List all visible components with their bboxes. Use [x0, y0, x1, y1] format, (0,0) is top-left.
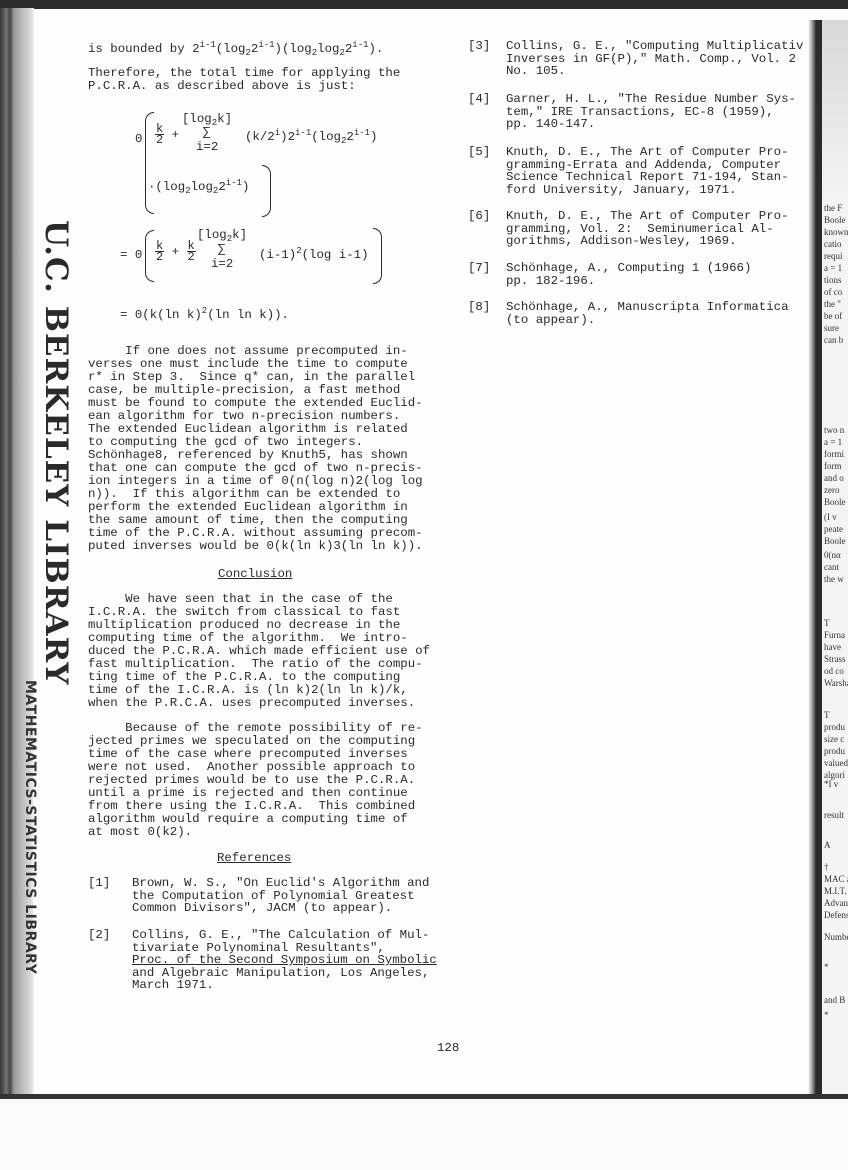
next-page-fragment: MAC an: [824, 874, 848, 885]
page-gutter: [808, 20, 822, 1095]
next-page-fragment: *I v: [824, 779, 838, 790]
library-stamp-secondary: MATHEMATICS-STATISTICS LIBRARY: [22, 680, 38, 980]
next-page-fragment: valued: [824, 758, 848, 769]
conclusion-heading: Conclusion: [218, 567, 292, 581]
next-page-fragment: a = 1: [824, 263, 842, 274]
intro-line-1: is bounded by 2i-1(log22i-1)(log2log22i-…: [88, 43, 383, 56]
next-page-fragment: be of: [824, 311, 842, 322]
next-page-fragment: produ: [824, 746, 845, 757]
intro-line-3: P.C.R.A. as described above is just:: [88, 80, 356, 93]
library-stamp: U.C. BERKELEY LIBRARY: [40, 220, 74, 720]
next-page-fragment: sure: [824, 323, 839, 334]
next-page-fragment: zero: [824, 485, 840, 496]
next-page-fragment: Boole: [824, 536, 846, 547]
next-page-fragment: †: [824, 862, 829, 873]
next-page-fragment: Advanc: [824, 898, 848, 909]
next-page-fragment: A: [824, 840, 831, 851]
next-page-fragment: *: [824, 962, 829, 973]
page-number: 128: [437, 1041, 459, 1055]
next-page-fragment: and o: [824, 473, 844, 484]
references-heading: References: [217, 851, 291, 865]
next-page-edge: the FBooleknowncatiorequia = 1tionsof co…: [822, 20, 848, 1095]
next-page-fragment: size c: [824, 734, 844, 745]
next-page-fragment: Boole: [824, 215, 846, 226]
next-page-fragment: M.I.T.: [824, 886, 847, 897]
next-page-fragment: od co: [824, 666, 844, 677]
next-page-fragment: the F: [824, 203, 842, 214]
next-page-fragment: Furna: [824, 630, 845, 641]
next-page-fragment: cant: [824, 562, 839, 573]
next-page-fragment: formi: [824, 449, 844, 460]
next-page-fragment: Number: [824, 932, 848, 943]
next-page-fragment: produ: [824, 722, 845, 733]
next-page-fragment: known: [824, 227, 848, 238]
next-page-fragment: can b: [824, 335, 843, 346]
scan-top-edge: [0, 0, 848, 9]
next-page-fragment: result: [824, 810, 844, 821]
next-page-fragment: a = 1: [824, 437, 842, 448]
next-page-fragment: of co: [824, 287, 842, 298]
next-page-fragment: catio: [824, 239, 842, 250]
scan-margin: [0, 1099, 848, 1170]
next-page-fragment: have: [824, 642, 841, 653]
next-page-fragment: the ": [824, 299, 841, 310]
next-page-fragment: Defens: [824, 910, 848, 921]
next-page-fragment: Warsha: [824, 678, 848, 689]
next-page-fragment: T: [824, 710, 830, 721]
next-page-fragment: Boole: [824, 497, 846, 508]
next-page-fragment: two n: [824, 425, 844, 436]
next-page-fragment: Strass: [824, 654, 846, 665]
next-page-fragment: T: [824, 618, 830, 629]
next-page-fragment: tions: [824, 275, 842, 286]
next-page-fragment: and B: [824, 995, 845, 1006]
next-page-fragment: 0(nα: [824, 550, 841, 561]
next-page-fragment: (I v: [824, 512, 837, 523]
next-page-fragment: form: [824, 461, 842, 472]
next-page-fragment: peate: [824, 524, 843, 535]
next-page-fragment: the w: [824, 574, 844, 585]
next-page-fragment: requi: [824, 251, 843, 262]
next-page-fragment: *: [824, 1010, 829, 1021]
